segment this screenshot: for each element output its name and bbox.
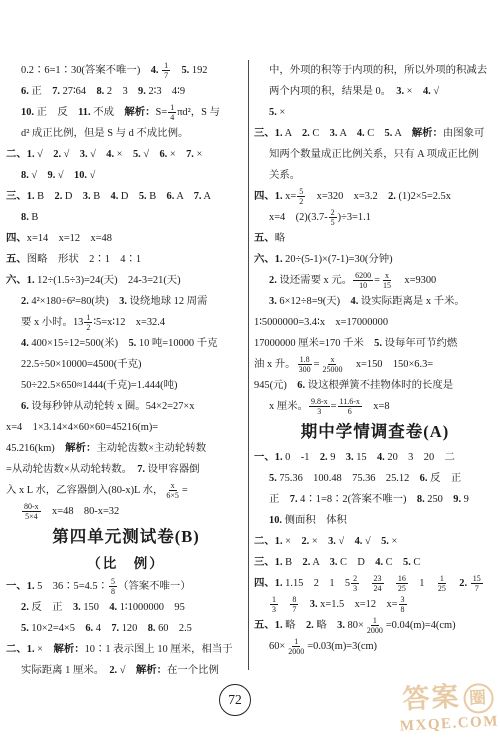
answer-text: × <box>167 144 186 165</box>
answer-line: 两个内项的积，结果是 0。 3. × 4. √ <box>254 81 496 102</box>
answer-line: 三、1. A 2. C 3. A 4. C 5. A 解析：由图象可 <box>254 123 496 144</box>
section-title: 期中学情调查卷(A) <box>254 417 496 447</box>
fraction: 14 <box>168 103 176 122</box>
answer-text: 10×2=4×5 <box>29 618 86 639</box>
answer-text: 400×15÷12=500(米) <box>29 333 129 354</box>
answer-text: 6×12÷8=9(天) <box>277 291 351 312</box>
answer-text: 设还需要 x 元。 <box>277 270 352 291</box>
fraction: 1.8300 <box>297 355 313 374</box>
answer-text: x=9300 <box>394 270 436 291</box>
answer-text: 设每秒钟从动轮转 x 圈。54×2=27×x <box>29 396 195 417</box>
answer-number: 解析： <box>53 639 84 660</box>
answer-text <box>158 60 161 81</box>
answer-text: 1∶1000000 95 <box>117 597 185 618</box>
answer-text <box>467 573 470 594</box>
fraction-numerator: x <box>328 355 336 365</box>
answer-number: 3. <box>330 123 338 144</box>
answer-text: 17000000 厘米=170 千米 <box>254 333 374 354</box>
fraction-numerator: 2 <box>329 208 337 218</box>
right-column: 中，外项的积等于内项的积，所以外项的积减去两个内项的积，结果是 0。 3. × … <box>254 60 496 657</box>
answer-line: 1∶5000000=3.4∶x x=17000000 <box>254 312 496 333</box>
answer-line: 17000000 厘米=170 千米 5. 设每年可节约燃 <box>254 333 496 354</box>
answer-text: 侧面积 体积 <box>282 510 347 531</box>
answer-text: × <box>389 531 397 552</box>
answer-number: 10. <box>74 165 87 186</box>
answer-line: 5. 10×2=4×5 6. 4 7. 120 8. 60 2.5 <box>6 618 246 639</box>
fraction-numerator: 1 <box>371 616 379 626</box>
answer-number: 4. <box>151 60 159 81</box>
fraction-numerator: 23 <box>372 574 384 584</box>
answer-text: d² 成正比例，但是 S 与 d 不成比例。 <box>21 123 188 144</box>
answer-number: 5. <box>128 333 136 354</box>
fraction-denominator: 25 <box>436 584 448 593</box>
answer-text: √ <box>87 165 95 186</box>
answer-number: 7. <box>111 618 119 639</box>
answer-line: 2. 设还需要 x 元。620010=x15 x=9300 <box>254 270 496 291</box>
answer-text: A <box>337 123 356 144</box>
answer-text: 油 x 升。 <box>254 354 296 375</box>
answer-text: = <box>314 354 320 375</box>
fraction: 52 <box>297 187 305 206</box>
answer-number: 2. <box>269 270 277 291</box>
answer-text: 1.15 2 1 5 <box>283 573 351 594</box>
answer-text: 略 <box>314 615 337 636</box>
fraction-numerator: 1 <box>84 313 92 323</box>
answer-line: 二、1. × 解析：10∶1 表示图上 10 厘米，相当于 <box>6 639 246 660</box>
fraction-denominator: 7 <box>162 71 170 80</box>
fraction-numerator: x <box>169 481 177 491</box>
answer-text: √ <box>336 531 355 552</box>
answer-text: 4 <box>93 618 111 639</box>
fraction: 125 <box>436 574 448 593</box>
answer-number: 三、1. <box>6 186 35 207</box>
answer-number: 5. <box>139 186 147 207</box>
answer-number: 4. <box>111 186 119 207</box>
answer-line: 一、1. 5 36∶5=4.5∶58（答案不唯一） <box>6 576 246 597</box>
answer-line: 正 7. 4∶1=8∶2(答案不唯一) 8. 250 9. 9 <box>254 489 496 510</box>
answer-number: 四、1. <box>254 186 283 207</box>
fraction: 2324 <box>372 574 384 593</box>
answer-line: 二、1. × 2. × 3. √ 4. √ 5. × <box>254 531 496 552</box>
answer-number: 4. <box>377 447 385 468</box>
answer-line: 3. 6×12÷8=9(天) 4. 设实际距离是 x 千米。 <box>254 291 496 312</box>
answer-number: 5. <box>381 531 389 552</box>
fraction: 11.6-x6 <box>338 397 362 416</box>
fraction-numerator: 6200 <box>353 271 373 281</box>
fraction-denominator: 10 <box>357 281 369 290</box>
answer-text: 80× <box>345 615 364 636</box>
answer-number: 4. <box>423 81 431 102</box>
answer-number: 6. <box>167 186 175 207</box>
fraction-denominator: 8 <box>109 587 117 596</box>
answer-number: 8. <box>148 618 156 639</box>
answer-text: = <box>331 396 337 417</box>
section-subtitle: （比 例） <box>6 552 246 576</box>
answer-text: 不成 <box>91 102 125 123</box>
answer-text: (1)2×5=2.5x <box>396 186 451 207</box>
answer-line: 2. 反 正 3. 150 4. 1∶1000000 95 <box>6 597 246 618</box>
answer-number: 5. <box>403 552 411 573</box>
fraction-denominator: 2 <box>84 323 92 332</box>
answer-text: 45.216(km) <box>6 438 65 459</box>
answer-number: 二、1. <box>254 531 283 552</box>
answer-text: √ <box>61 144 80 165</box>
fraction-denominator: 3 <box>270 605 278 614</box>
answer-line: 10. 侧面积 体积 <box>254 510 496 531</box>
answer-number: 3. <box>346 447 354 468</box>
answer-text: x=14 x=12 x=48 <box>27 228 112 249</box>
answer-text: × <box>114 144 133 165</box>
answer-text: B <box>283 552 303 573</box>
answer-line: 关系。 <box>254 165 496 186</box>
answer-text: 12÷(1.5÷3)=24(天) 24-3=21(天) <box>35 270 181 291</box>
answer-text: x=320 x=3.2 <box>306 186 388 207</box>
fraction-numerator: 80-x <box>22 502 41 512</box>
answer-number: 2. <box>21 597 29 618</box>
answer-text: 20 3 20 二 <box>385 447 455 468</box>
fraction-numerator: 5 <box>109 577 117 587</box>
answer-number: 2. <box>459 573 467 594</box>
fraction-denominator: 5 <box>329 218 337 227</box>
watermark-site: MXQE.COM <box>399 712 499 735</box>
answer-text: 5 36∶5=4.5∶ <box>35 576 108 597</box>
answer-text: √ <box>35 144 54 165</box>
answer-line: 5. × <box>254 102 496 123</box>
fraction-numerator: 1.8 <box>298 355 312 365</box>
answer-number: 9. <box>138 81 146 102</box>
fraction: 25 <box>329 208 337 227</box>
answer-line: 六、1. 20÷(5-1)×(7-1)=30(分钟) <box>254 249 496 270</box>
answer-number: 10. <box>269 510 282 531</box>
answer-text <box>171 60 181 81</box>
fraction-denominator: 24 <box>372 584 384 593</box>
fraction-denominator: 15 <box>381 281 393 290</box>
watermark-brand-text: 答案 <box>402 682 461 715</box>
answer-number: 2. <box>21 291 29 312</box>
answer-text: A <box>392 123 411 144</box>
fraction-numerator: 1 <box>162 61 170 71</box>
answer-text: 设甲容器倒 <box>145 459 200 480</box>
fraction-numerator: 11.6-x <box>338 397 362 407</box>
answer-text: 20÷(5-1)×(7-1)=30(分钟) <box>283 249 393 270</box>
answer-text: 在一个比例 <box>167 660 219 681</box>
answer-number: 5. <box>269 468 277 489</box>
answer-line: 2. 4²×180÷6²=80(块) 3. 设绕地球 12 周需 <box>6 291 246 312</box>
fraction-denominator: 25000 <box>320 365 344 374</box>
answer-number: 7. <box>52 81 60 102</box>
answer-line: 50÷22.5×650≈1444(千克)=1.444(吨) <box>6 375 246 396</box>
answer-number: 5. <box>374 333 382 354</box>
answer-line: 实际距离 1 厘米。 2. √ 解析：在一个比例 <box>6 660 246 681</box>
answer-number: 3. <box>80 144 88 165</box>
answer-text: 60 2.5 <box>156 618 192 639</box>
answer-text: × <box>277 102 285 123</box>
answer-line: 60×12000=0.03(m)=3(cm) <box>254 636 496 657</box>
fraction: 80-x5×4 <box>22 502 41 521</box>
answer-text: 主动轮齿数×主动轮转数 <box>96 438 206 459</box>
answer-text: √ <box>55 165 74 186</box>
fraction-denominator: 2000 <box>286 647 306 656</box>
answer-text: C <box>411 552 421 573</box>
answer-text: （答案不唯一） <box>118 576 191 597</box>
answer-text: x=4 (2)(3.7- <box>269 207 328 228</box>
answer-line: 6. 正 7. 27∶64 8. 2 3 9. 2∶3 4∶9 <box>6 81 246 102</box>
answer-text: 要 x 小时。13 <box>21 312 83 333</box>
answer-text: x=8 <box>363 396 390 417</box>
answer-text: x=150 150×6.3= <box>345 354 433 375</box>
answer-line: 六、1. 12÷(1.5÷3)=24(天) 24-3=21(天) <box>6 270 246 291</box>
answer-text: 两个内项的积，结果是 0。 <box>269 81 396 102</box>
fraction: 620010 <box>353 271 373 290</box>
answer-text: )÷3=1.1 <box>338 207 371 228</box>
answer-text: 60× <box>269 636 285 657</box>
answer-number: 6. <box>85 618 93 639</box>
answer-text: 150 <box>81 597 110 618</box>
answer-text: x= <box>283 186 297 207</box>
answer-number: 5. <box>21 618 29 639</box>
fraction-numerator: 1 <box>270 595 278 605</box>
answer-text: × <box>35 639 54 660</box>
fraction-numerator: 5 <box>297 187 305 197</box>
answer-text: 9 <box>328 447 346 468</box>
answer-text: =0.04(m)=4(cm) <box>386 615 456 636</box>
answer-number: 3. <box>269 291 277 312</box>
answer-text: B <box>91 186 111 207</box>
answer-text: A <box>283 123 302 144</box>
answer-text: 4∶1=8∶2(答案不唯一) <box>298 489 417 510</box>
answer-number: 五、 <box>254 228 275 249</box>
fraction-denominator: 7 <box>290 605 298 614</box>
answer-number: 6. <box>159 144 167 165</box>
answer-number: 2. <box>388 186 396 207</box>
answer-line: 四、1. x=52 x=320 x=3.2 2. (1)2×5=2.5x <box>254 186 496 207</box>
page-number-badge: 72 <box>219 684 251 716</box>
answer-text: 正 反 <box>34 102 78 123</box>
answer-text: 略 <box>283 615 306 636</box>
answer-text: 10 吨=10000 千克 <box>136 333 217 354</box>
answer-line: x=4 1×3.14×4×60×60=45216(m)= <box>6 417 246 438</box>
answer-text: 192 <box>189 60 207 81</box>
answer-number: 2. <box>53 144 61 165</box>
answer-number: 6. <box>21 396 29 417</box>
answer-number: 解析： <box>412 123 443 144</box>
answer-text: √ <box>431 81 439 102</box>
answer-number: 2. <box>109 660 117 681</box>
answer-text: C <box>365 123 385 144</box>
fraction-numerator: 8 <box>290 595 298 605</box>
answer-text <box>299 594 309 615</box>
answer-number: 5. <box>269 102 277 123</box>
fraction-denominator: 6×5 <box>164 491 181 500</box>
answer-text: √ <box>362 531 381 552</box>
answer-number: 一、1. <box>254 447 283 468</box>
answer-number: 4. <box>355 531 363 552</box>
answer-number: 7. <box>290 489 298 510</box>
answer-line: 6. 设每秒钟从动轮转 x 圈。54×2=27×x <box>6 396 246 417</box>
answer-line: 四、x=14 x=12 x=48 <box>6 228 246 249</box>
answer-number: 三、1. <box>254 123 283 144</box>
answer-number: 9. <box>48 165 56 186</box>
answer-text: = <box>182 480 188 501</box>
answer-line: 要 x 小时。1312∶5=x∶12 x=32.4 <box>6 312 246 333</box>
answer-text: 关系。 <box>269 165 300 186</box>
answer-number: 解析： <box>124 102 155 123</box>
fraction-denominator: 2000 <box>365 626 385 635</box>
answer-text: 图略 形状 2∶1 4∶1 <box>27 249 141 270</box>
page-number: 72 <box>228 692 242 708</box>
fraction: 13 <box>270 595 278 614</box>
watermark-circle-logo: 圈 <box>463 683 495 715</box>
answer-line: 13 87 3. x=1.5 x=12 x=38 <box>254 594 496 615</box>
answer-line: 0.2∶6=1∶30(答案不唯一) 4. 17 5. 192 <box>6 60 246 81</box>
answer-text: 2∶3 4∶9 <box>146 81 185 102</box>
answer-text: × <box>283 531 302 552</box>
answer-line: 中，外项的积等于内项的积，所以外项的积减去 <box>254 60 496 81</box>
answer-number: 四、1. <box>254 573 283 594</box>
fraction-numerator: 16 <box>396 574 408 584</box>
answer-number: 2. <box>306 615 314 636</box>
answer-text: 正 <box>29 81 52 102</box>
answer-text: √ <box>117 660 136 681</box>
answer-book-page: 0.2∶6=1∶30(答案不唯一) 4. 17 5. 1926. 正 7. 27… <box>0 0 500 739</box>
answer-text: 知两个数量成正比例关系，只有 A 项成正比例 <box>269 144 479 165</box>
answer-number: 8. <box>96 81 104 102</box>
answer-line: 五、1. 略 2. 略 3. 80×12000=0.04(m)=4(cm) <box>254 615 496 636</box>
answer-text: 9 <box>461 489 469 510</box>
answer-line: 五、略 <box>254 228 496 249</box>
answer-text: x=48 80-x=32 <box>42 501 120 522</box>
answer-number: 二、1. <box>6 144 35 165</box>
answer-number: 7. <box>186 144 194 165</box>
answer-number: 五、 <box>6 249 27 270</box>
answer-number: 3. <box>396 81 404 102</box>
answer-number: 五、1. <box>254 615 283 636</box>
fraction-denominator: 6 <box>346 407 354 416</box>
fraction: 23 <box>351 574 359 593</box>
fraction-numerator: 3 <box>399 595 407 605</box>
answer-text: A <box>201 186 211 207</box>
answer-text: 实际距离 1 厘米。 <box>21 660 109 681</box>
answer-number: 4. <box>351 291 359 312</box>
answer-text: 反 正 <box>29 597 73 618</box>
answer-text: × <box>404 81 423 102</box>
answer-text: C D <box>337 552 375 573</box>
answer-text: 反 正 <box>427 468 461 489</box>
fraction-denominator: 300 <box>297 365 313 374</box>
answer-number: 7. <box>194 186 202 207</box>
answer-line: 知两个数量成正比例关系，只有 A 项成正比例 <box>254 144 496 165</box>
fraction: 87 <box>290 595 298 614</box>
answer-text: =0.03(m)=3(cm) <box>307 636 377 657</box>
answer-line: 8. B <box>6 207 246 228</box>
answer-text: 中，外项的积等于内项的积，所以外项的积减去 <box>269 60 487 81</box>
answer-number: 2. <box>320 447 328 468</box>
answer-text: 1 <box>409 573 435 594</box>
answer-number: 4. <box>375 552 383 573</box>
left-column: 0.2∶6=1∶30(答案不唯一) 4. 17 5. 1926. 正 7. 27… <box>6 60 246 681</box>
answer-line: 一、1. 0 -1 2. 9 3. 15 4. 20 3 20 二 <box>254 447 496 468</box>
answer-number: 11. <box>78 102 90 123</box>
fraction-denominator: 3 <box>351 584 359 593</box>
answer-line: x 厘米。9.8-x3=11.6-x6 x=8 <box>254 396 496 417</box>
answer-line: 80-x5×4 x=48 80-x=32 <box>6 501 246 522</box>
answer-text: x=1.5 x=12 x= <box>318 594 398 615</box>
answer-text: C <box>310 123 330 144</box>
answer-text: 4²×180÷6²=80(块) <box>29 291 119 312</box>
answer-text: 945(元) <box>254 375 297 396</box>
answer-text: 设绕地球 12 周需 <box>127 291 208 312</box>
answer-text: 设每年可节约燃 <box>382 333 457 354</box>
answer-number: 解析： <box>136 660 167 681</box>
answer-text: 10∶1 表示图上 10 厘米，相当于 <box>85 639 233 660</box>
answer-text: B <box>29 207 39 228</box>
answer-number: 2. <box>55 186 63 207</box>
answer-text: × <box>194 144 202 165</box>
answer-line: 五、图略 形状 2∶1 4∶1 <box>6 249 246 270</box>
answer-text: 设实际距离是 x 千米。 <box>358 291 465 312</box>
answer-text <box>449 573 459 594</box>
answer-line: 三、1. B 2. D 3. B 4. D 5. B 6. A 7. A <box>6 186 246 207</box>
answer-number: 3. <box>73 597 81 618</box>
answer-number: 6. <box>21 81 29 102</box>
answer-text: B <box>35 186 55 207</box>
fraction-denominator: 2 <box>297 197 305 206</box>
answer-number: 解析： <box>65 438 96 459</box>
answer-number: 4. <box>357 123 365 144</box>
fraction: x25000 <box>320 355 344 374</box>
answer-number: 3. <box>119 291 127 312</box>
answer-text: 正 <box>269 489 290 510</box>
watermark: 答案圈 MXQE.COM <box>398 680 500 736</box>
answer-number: 6. <box>297 375 305 396</box>
answer-text: D <box>118 186 139 207</box>
answer-text: 0 -1 <box>283 447 320 468</box>
answer-text: =从动轮齿数×从动轮转数。 <box>6 459 137 480</box>
answer-text: 250 <box>425 489 454 510</box>
fraction: 157 <box>471 574 483 593</box>
fraction-numerator: 2 <box>351 574 359 584</box>
answer-text: x=4 1×3.14×4×60×60=45216(m)= <box>6 417 158 438</box>
answer-number: 六、1. <box>254 249 283 270</box>
answer-line: x=4 (2)(3.7-25)÷3=1.1 <box>254 207 496 228</box>
answer-line: 8. √ 9. √ 10. √ <box>6 165 246 186</box>
answer-line: 二、1. √ 2. √ 3. √ 4. × 5. √ 6. × 7. × <box>6 144 246 165</box>
fraction: 38 <box>399 595 407 614</box>
fraction-denominator: 4 <box>168 113 176 122</box>
answer-number: 5. <box>133 144 141 165</box>
answer-line: 45.216(km) 解析：主动轮齿数×主动轮转数 <box>6 438 246 459</box>
answer-number: 8. <box>417 489 425 510</box>
answer-line: 945(元) 6. 设这根弹簧不挂物体时的长度是 <box>254 375 496 396</box>
answer-number: 一、1. <box>6 576 35 597</box>
answer-number: 8. <box>21 207 29 228</box>
answer-text: 27∶64 <box>60 81 96 102</box>
answer-number: 5. <box>385 123 393 144</box>
answer-number: 7. <box>137 459 145 480</box>
fraction: 12 <box>84 313 92 332</box>
answer-text <box>279 594 289 615</box>
answer-number: 二、1. <box>6 639 35 660</box>
answer-number: 9. <box>453 489 461 510</box>
answer-number: 4. <box>109 597 117 618</box>
answer-text: C <box>383 552 403 573</box>
fraction: 9.8-x3 <box>309 397 330 416</box>
fraction-denominator: 25 <box>396 584 408 593</box>
answer-number: 四、 <box>6 228 27 249</box>
answer-number: 六、1. <box>6 270 35 291</box>
fraction-numerator: 1 <box>438 574 446 584</box>
answer-number: 6. <box>420 468 428 489</box>
